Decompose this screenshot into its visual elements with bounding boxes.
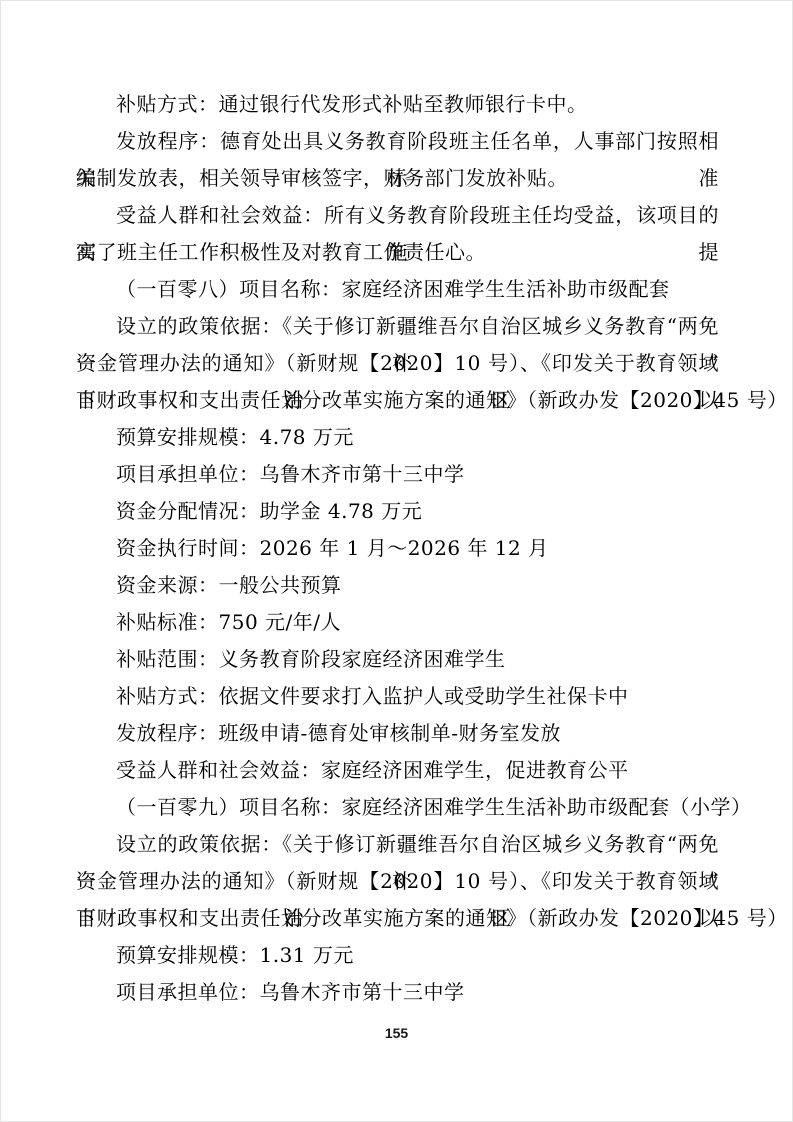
text-line: 发放程序：德育处出具义务教育阶段班主任名单，人事部门按照相关标准 <box>76 123 719 160</box>
text-line: 预算安排规模：1.31 万元 <box>76 937 719 974</box>
text-line: 资金执行时间：2026 年 1 月～2026 年 12 月 <box>76 530 719 567</box>
text-line: 资金管理办法的通知》（新财规【2020】10 号）、《印发关于教育领域自治区以 <box>76 345 719 382</box>
text-line: 受益人群和社会效益：所有义务教育阶段班主任均受益，该项目的实施提 <box>76 197 719 234</box>
text-line: 补贴标准：750 元/年/人 <box>76 604 719 641</box>
text-line: 受益人群和社会效益：家庭经济困难学生，促进教育公平 <box>76 752 719 789</box>
document-page: 补贴方式：通过银行代发形式补贴至教师银行卡中。发放程序：德育处出具义务教育阶段班… <box>0 0 793 1122</box>
page-number: 155 <box>385 1025 408 1041</box>
text-line: 补贴方式：依据文件要求打入监护人或受助学生社保卡中 <box>76 678 719 715</box>
text-line: 资金分配情况：助学金 4.78 万元 <box>76 493 719 530</box>
text-line: 发放程序：班级申请-德育处审核制单-财务室发放 <box>76 715 719 752</box>
document-body: 补贴方式：通过银行代发形式补贴至教师银行卡中。发放程序：德育处出具义务教育阶段班… <box>76 86 719 1011</box>
text-line: （一百零九）项目名称：家庭经济困难学生生活补助市级配套（小学） <box>76 789 719 826</box>
text-line: 下财政事权和支出责任划分改革实施方案的通知》（新政办发【2020】45 号） <box>76 900 719 937</box>
text-line: （一百零八）项目名称：家庭经济困难学生生活补助市级配套 <box>76 271 719 308</box>
text-line: 补贴方式：通过银行代发形式补贴至教师银行卡中。 <box>76 86 719 123</box>
page-footer: 155 <box>1 1023 792 1042</box>
text-line: 预算安排规模：4.78 万元 <box>76 419 719 456</box>
text-line: 项目承担单位：乌鲁木齐市第十三中学 <box>76 974 719 1011</box>
text-line: 下财政事权和支出责任划分改革实施方案的通知》（新政办发【2020】45 号） <box>76 382 719 419</box>
text-line: 设立的政策依据：《关于修订新疆维吾尔自治区城乡义务教育“两免一补” <box>76 826 719 863</box>
text-line: 项目承担单位：乌鲁木齐市第十三中学 <box>76 456 719 493</box>
text-line: 资金来源：一般公共预算 <box>76 567 719 604</box>
text-line: 设立的政策依据：《关于修订新疆维吾尔自治区城乡义务教育“两免一补” <box>76 308 719 345</box>
text-line: 资金管理办法的通知》（新财规【2020】10 号）、《印发关于教育领域自治区以 <box>76 863 719 900</box>
text-line: 补贴范围：义务教育阶段家庭经济困难学生 <box>76 641 719 678</box>
